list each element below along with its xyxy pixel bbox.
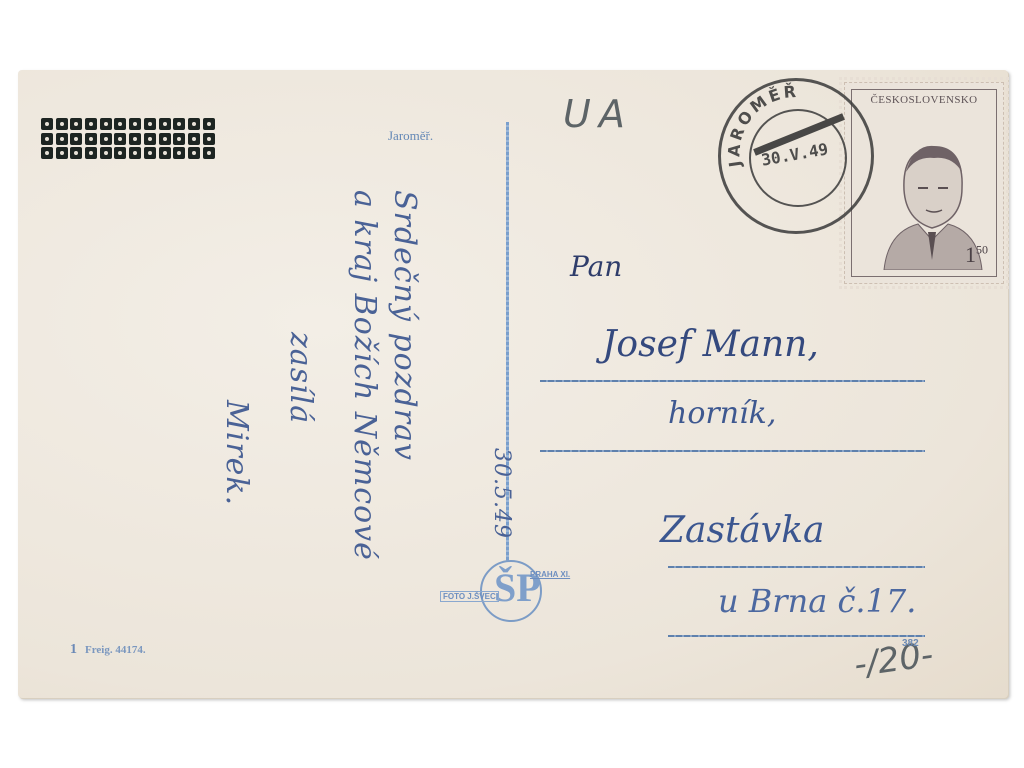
printed-town-label: Jaroměř. (388, 128, 433, 144)
message-line-2: a kraj Božích Němcové (347, 190, 382, 561)
decorative-pattern (40, 117, 216, 161)
photographer-logo: ŠP PRAHA XI. FOTO J.ŠVEC (438, 558, 578, 628)
address-line-2 (540, 450, 925, 452)
message-signature: Mirek. (219, 400, 254, 506)
address-district: u Brna č.17. (718, 582, 916, 620)
postcard: Jaroměř. 1Freig. 44174. Srdečný pozdrav … (18, 70, 1008, 698)
message-line-1: Srdečný pozdrav (387, 190, 422, 461)
publisher-number: 1 (70, 642, 77, 657)
address-name: Josef Mann, (602, 324, 819, 365)
publisher-text: Freig. 44174. (85, 644, 146, 656)
address-town: Zastávka (660, 510, 825, 551)
message-line-3: zasílá (283, 332, 318, 424)
pencil-note-top: UA (563, 92, 633, 136)
address-occupation: horník, (668, 396, 776, 431)
logo-city: PRAHA XI. (530, 570, 570, 579)
postmark: JAROMĚŘ 30.V.49 (718, 78, 874, 234)
address-salutation: Pan (570, 250, 622, 283)
logo-photographer: FOTO J.ŠVEC (440, 591, 499, 602)
message-date: 30.5.49 (489, 448, 514, 539)
stamp-value: 150 (965, 242, 988, 268)
pencil-note-bottom: -/20- (852, 635, 936, 686)
stamp-frame: ČESKOSLOVENSKO 150 (851, 89, 997, 277)
address-line-1 (540, 380, 925, 382)
address-line-3 (668, 566, 925, 568)
print-number: 382 (902, 638, 919, 649)
address-line-4 (668, 635, 925, 637)
publisher-line: 1Freig. 44174. (70, 642, 146, 658)
stamp-country: ČESKOSLOVENSKO (852, 94, 996, 106)
